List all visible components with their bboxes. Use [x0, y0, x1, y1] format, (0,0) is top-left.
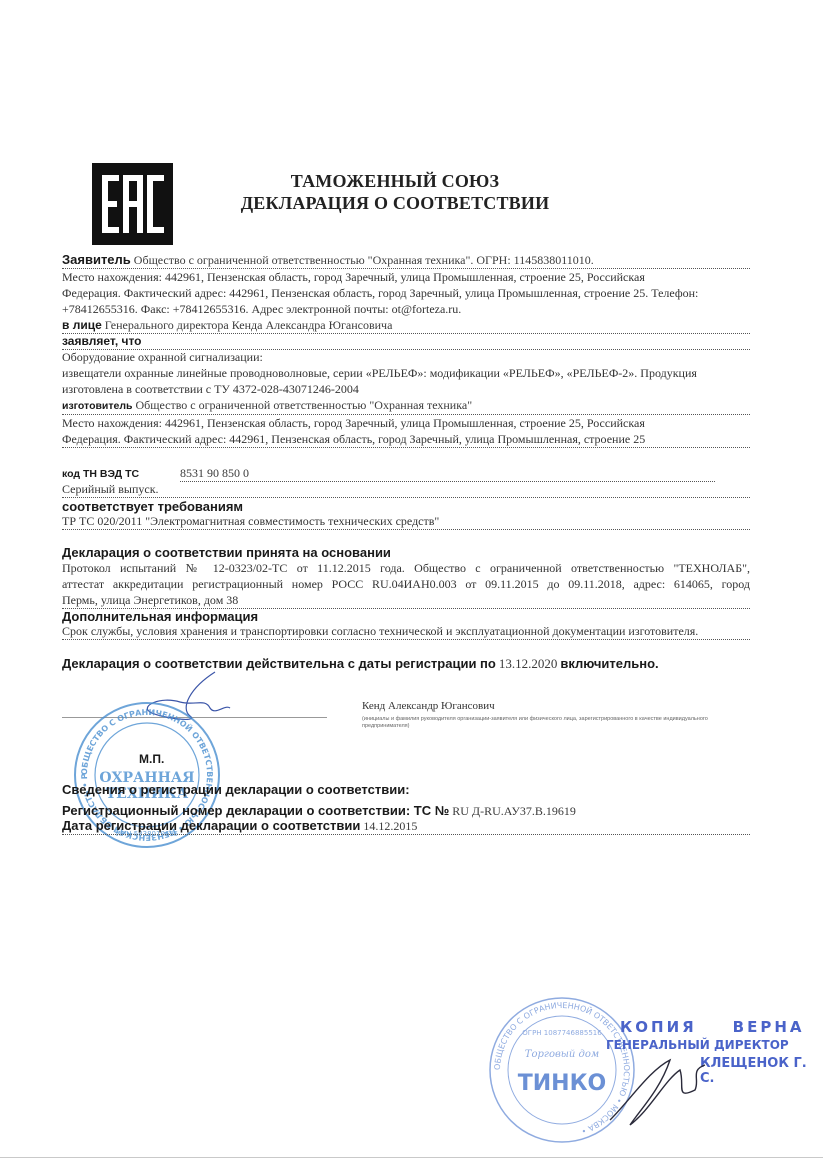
- additional-label: Дополнительная информация: [62, 609, 258, 624]
- basis-line-1: Протокол испытаний № 12-0323/02-ТС от 11…: [62, 561, 750, 576]
- applicant-value: Общество с ограниченной ответственностью…: [134, 253, 594, 267]
- product-line-3: изготовлена в соответствии с ТУ 4372-028…: [62, 382, 750, 397]
- document-title: ТАМОЖЕННЫЙ СОЮЗ ДЕКЛАРАЦИЯ О СООТВЕТСТВИ…: [230, 170, 560, 214]
- signer-name: Кенд Александр Югансович: [362, 700, 495, 712]
- manufacturer-address-2: Федерация. Фактический адрес: 442961, Пе…: [62, 432, 750, 448]
- product-line-1: Оборудование охранной сигнализации:: [62, 350, 750, 365]
- registration-number-label: Регистрационный номер декларации о соотв…: [62, 803, 449, 818]
- seal-label: М.П.: [139, 752, 164, 766]
- copy-name: КЛЕЩЕНОК Г. С.: [700, 1056, 823, 1086]
- requirements-value: ТР ТС 020/2011 "Электромагнитная совмест…: [62, 514, 750, 530]
- seal-right-brand: ТИНКО: [518, 1071, 607, 1096]
- validity-date: 13.12.2020: [499, 656, 558, 671]
- seal-right-ogrn: ОГРН 1087746885516: [522, 1029, 602, 1037]
- manufacturer-value: Общество с ограниченной ответственностью…: [136, 398, 473, 412]
- requirements-row: соответствует требованиям: [62, 499, 750, 515]
- represented-value: Генерального директора Кенда Александра …: [105, 318, 393, 332]
- applicant-address-3: +78412655316. Факс: +78412655316. Адрес …: [62, 302, 750, 317]
- registration-date-label: Дата регистрации декларации о соответств…: [62, 818, 360, 833]
- registration-date-row: Дата регистрации декларации о соответств…: [62, 818, 750, 835]
- declares-label: заявляет, что: [62, 334, 142, 348]
- declaration-page: ТАМОЖЕННЫЙ СОЮЗ ДЕКЛАРАЦИЯ О СООТВЕТСТВИ…: [0, 0, 823, 1165]
- seal-right-house: Торговый дом: [525, 1049, 599, 1060]
- additional-value: Срок службы, условия хранения и транспор…: [62, 624, 750, 640]
- manufacturer-label: изготовитель: [62, 400, 133, 412]
- represented-label: в лице: [62, 318, 102, 332]
- applicant-address-2: Федерация. Фактический адрес: 442961, Пе…: [62, 286, 750, 301]
- requirements-label: соответствует требованиям: [62, 499, 243, 514]
- production-type: Серийный выпуск.: [62, 482, 750, 498]
- registration-heading-row: Сведения о регистрации декларации о соот…: [62, 782, 750, 798]
- applicant-row: Заявитель Общество с ограниченной ответс…: [62, 252, 750, 269]
- applicant-address-1: Место нахождения: 442961, Пензенская обл…: [62, 270, 750, 285]
- bottom-edge: [0, 1157, 823, 1158]
- manufacturer-address-1: Место нахождения: 442961, Пензенская обл…: [62, 416, 750, 431]
- basis-line-2: аттестат аккредитации регистрационный но…: [62, 577, 750, 592]
- additional-row: Дополнительная информация: [62, 609, 750, 625]
- copy-word-2: ВЕРНА: [733, 1018, 805, 1036]
- signer-caption: (инициалы и фамилия руководителя организ…: [362, 716, 722, 730]
- basis-label: Декларация о соответствии принята на осн…: [62, 545, 391, 560]
- tnved-value: 8531 90 850 0: [180, 466, 715, 482]
- product-line-2: извещатели охранные линейные проводновол…: [62, 366, 750, 381]
- declares-row: заявляет, что: [62, 334, 750, 350]
- eac-logo: [92, 163, 173, 245]
- registration-number-value: RU Д-RU.АУ37.В.19619: [452, 804, 576, 818]
- validity-suffix: включительно.: [560, 656, 658, 671]
- manufacturer-row: изготовитель Общество с ограниченной отв…: [62, 398, 750, 415]
- basis-row: Декларация о соответствии принята на осн…: [62, 545, 750, 561]
- tnved-label: код ТН ВЭД ТС: [62, 467, 177, 482]
- basis-line-3: Пермь, улица Энергетиков, дом 38: [62, 593, 750, 609]
- applicant-label: Заявитель: [62, 252, 131, 267]
- registration-heading: Сведения о регистрации декларации о соот…: [62, 782, 410, 797]
- represented-row: в лице Генерального директора Кенда Алек…: [62, 318, 750, 334]
- tnved-row: код ТН ВЭД ТС 8531 90 850 0: [62, 466, 750, 482]
- copy-word-1: КОПИЯ: [620, 1018, 697, 1036]
- title-line-1: ТАМОЖЕННЫЙ СОЮЗ: [230, 170, 560, 192]
- signature-scribble-right: [600, 1040, 710, 1135]
- registration-number-row: Регистрационный номер декларации о соотв…: [62, 803, 750, 819]
- registration-date-value: 14.12.2015: [363, 819, 417, 833]
- title-line-2: ДЕКЛАРАЦИЯ О СООТВЕТСТВИИ: [230, 192, 560, 214]
